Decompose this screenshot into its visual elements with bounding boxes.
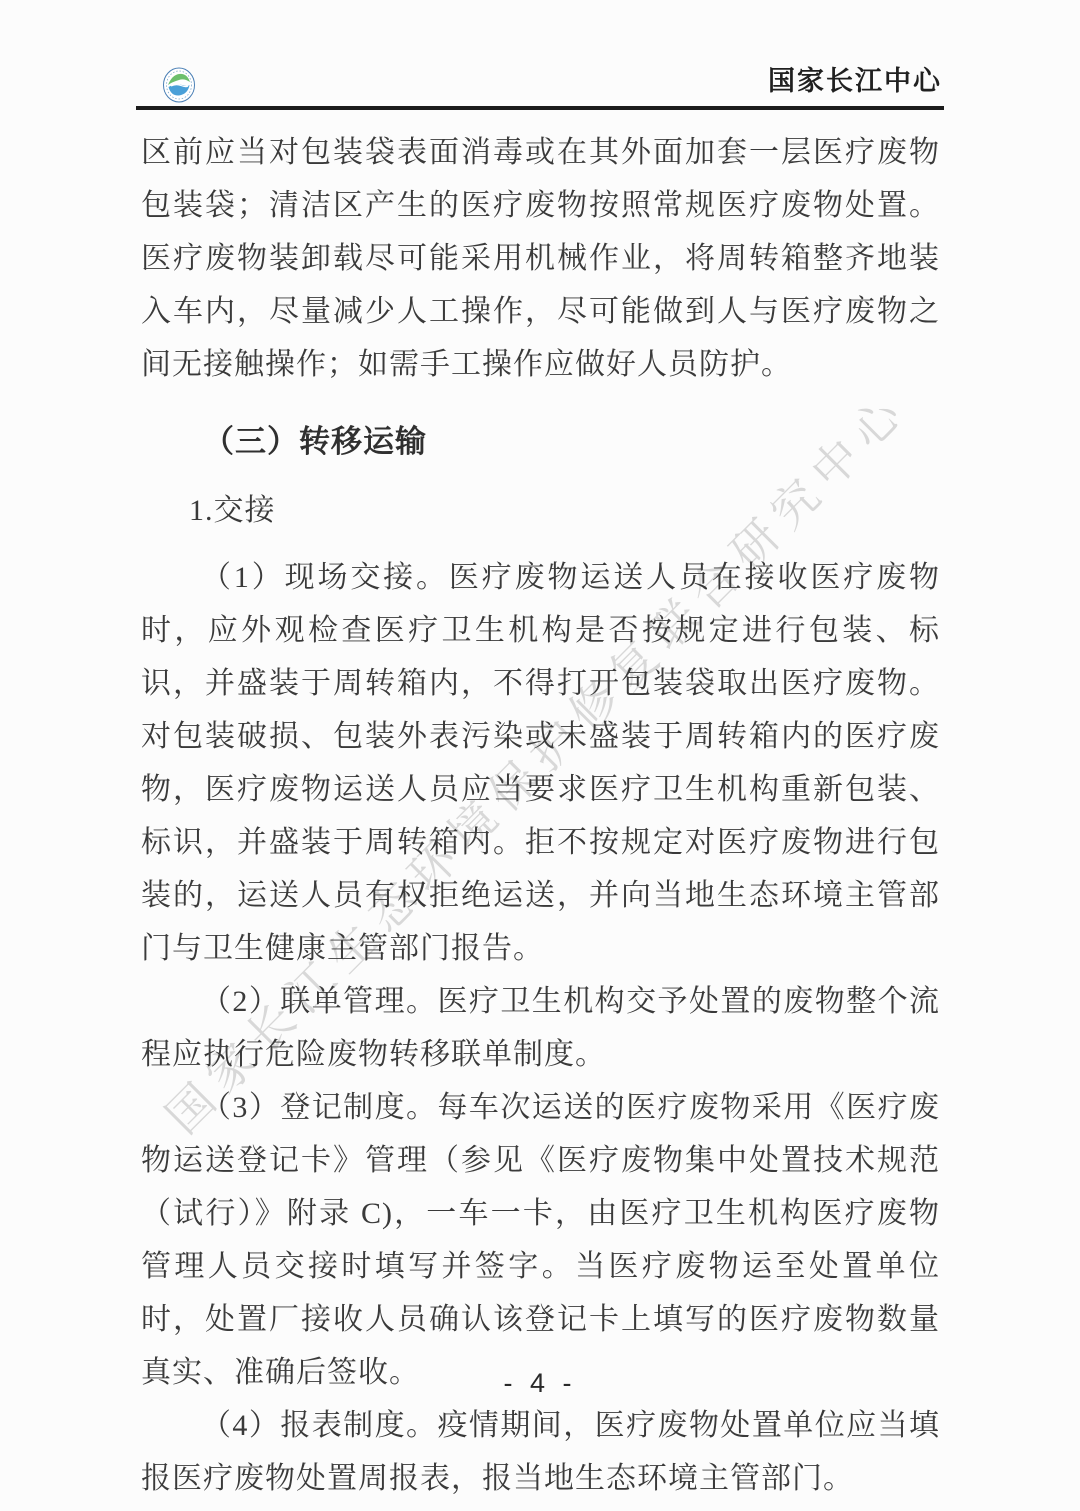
section-heading: （三）转移运输	[141, 415, 940, 468]
document-page: 国家长江中心 国家长江生态环境保护修复联合研究中心 区前应当对包装袋表面消毒或在…	[0, 0, 1080, 1511]
paragraph: （1）现场交接。医疗废物运送人员在接收医疗废物时，应外观检查医疗卫生机构是否按规…	[141, 551, 940, 975]
emblem-logo-icon	[162, 66, 196, 104]
document-body: 区前应当对包装袋表面消毒或在其外面加套一层医疗废物包装袋；清洁区产生的医疗废物按…	[141, 126, 940, 1505]
header-org-title: 国家长江中心	[768, 59, 942, 98]
paragraph: （2）联单管理。医疗卫生机构交予处置的废物整个流程应执行危险废物转移联单制度。	[141, 975, 940, 1081]
paragraph: （3）登记制度。每车次运送的医疗废物采用《医疗废物运送登记卡》管理（参见《医疗废…	[141, 1081, 940, 1399]
paragraph: 区前应当对包装袋表面消毒或在其外面加套一层医疗废物包装袋；清洁区产生的医疗废物按…	[141, 126, 940, 391]
page-number: - 4 -	[0, 1368, 1080, 1399]
sub-heading: 1.交接	[141, 484, 940, 537]
paragraph: （4）报表制度。疫情期间，医疗废物处置单位应当填报医疗废物处置周报表，报当地生态…	[141, 1399, 940, 1505]
page-header: 国家长江中心	[136, 60, 944, 110]
